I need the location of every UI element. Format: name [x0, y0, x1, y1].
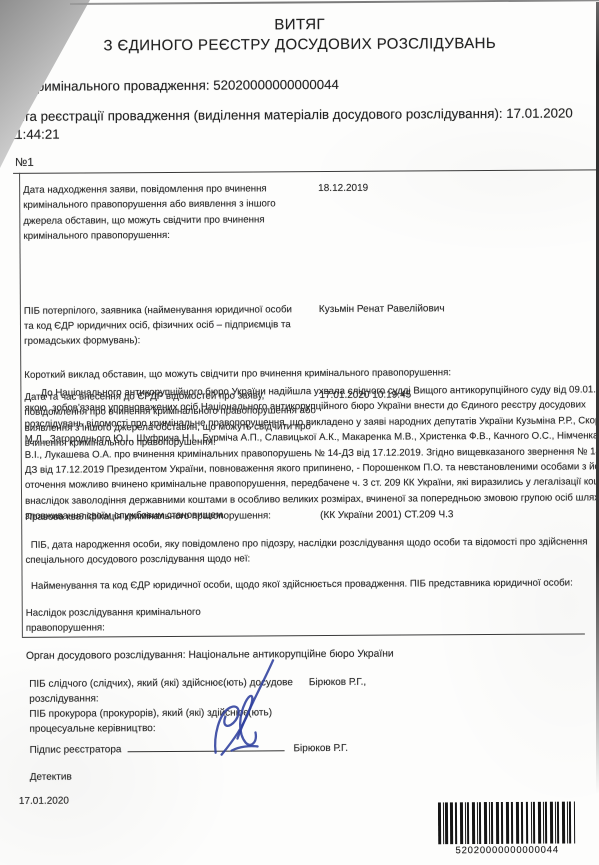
document-content: ВИТЯГ З ЄДИНОГО РЕЄСТРУ ДОСУДОВИХ РОЗСЛІ…: [0, 0, 599, 865]
summary-heading: Короткий виклад обставин, що можуть свід…: [24, 364, 597, 383]
investigator-name: Бірюков Р.Г.,: [309, 677, 366, 688]
suspect-section: ПІБ, дата народження особи, яку повідомл…: [25, 534, 599, 568]
registrar-signature-row: Підпис реєстратораБірюков Р.Г.: [30, 739, 349, 758]
document-date: 17.01.2020: [19, 794, 69, 809]
row-label: Дата надходження заяви, повідомлення про…: [23, 179, 599, 244]
table-top-border: [13, 169, 599, 174]
document-title-line2: З ЄДИНОГО РЕЄСТРУ ДОСУДОВИХ РОЗСЛІДУВАНЬ: [0, 34, 599, 55]
document-title-line1: ВИТЯГ: [0, 14, 599, 35]
record-number: №1: [15, 157, 34, 169]
row-value: 18.12.2019: [318, 181, 368, 197]
barcode-number: 52020000000000044: [438, 844, 576, 856]
outcome-section: Наслідок розслідування кримінальногоправ…: [26, 602, 599, 636]
legal-entity-section: Найменування та код ЄДР юридичної особи,…: [26, 575, 599, 594]
investigator-row: ПІБ слідчого (слідчих), який (які) здійс…: [29, 675, 366, 707]
case-number-line: мер кримінального провадження: 520200000…: [8, 77, 338, 94]
registration-date-line1: дата реєстрації провадження (виділення м…: [9, 106, 573, 124]
registrar-signature-label: Підпис реєстратора: [30, 744, 122, 756]
summary-paragraph: До Національного антикорупційного бюро У…: [24, 382, 599, 524]
table-row: ПІБ потерпілого, заявника (найменування …: [24, 300, 599, 350]
handwritten-signature: [201, 658, 287, 759]
barcode: [438, 801, 576, 844]
table-row: Дата надходження заяви, повідомлення про…: [23, 179, 599, 244]
detective-role: Детектив: [30, 770, 72, 785]
scanned-document-page: ВИТЯГ З ЄДИНОГО РЕЄСТРУ ДОСУДОВИХ РОЗСЛІ…: [0, 0, 599, 865]
investigator-label-line2: розслідування:: [29, 690, 366, 707]
row-label: ПІБ потерпілого, заявника (найменування …: [24, 300, 599, 350]
row-value: Кузьмін Ренат Равелійович: [319, 301, 445, 317]
registrar-name: Бірюков Р.Г.: [293, 743, 348, 754]
investigator-label-line1: ПІБ слідчого (слідчих), який (які) здійс…: [29, 675, 366, 692]
